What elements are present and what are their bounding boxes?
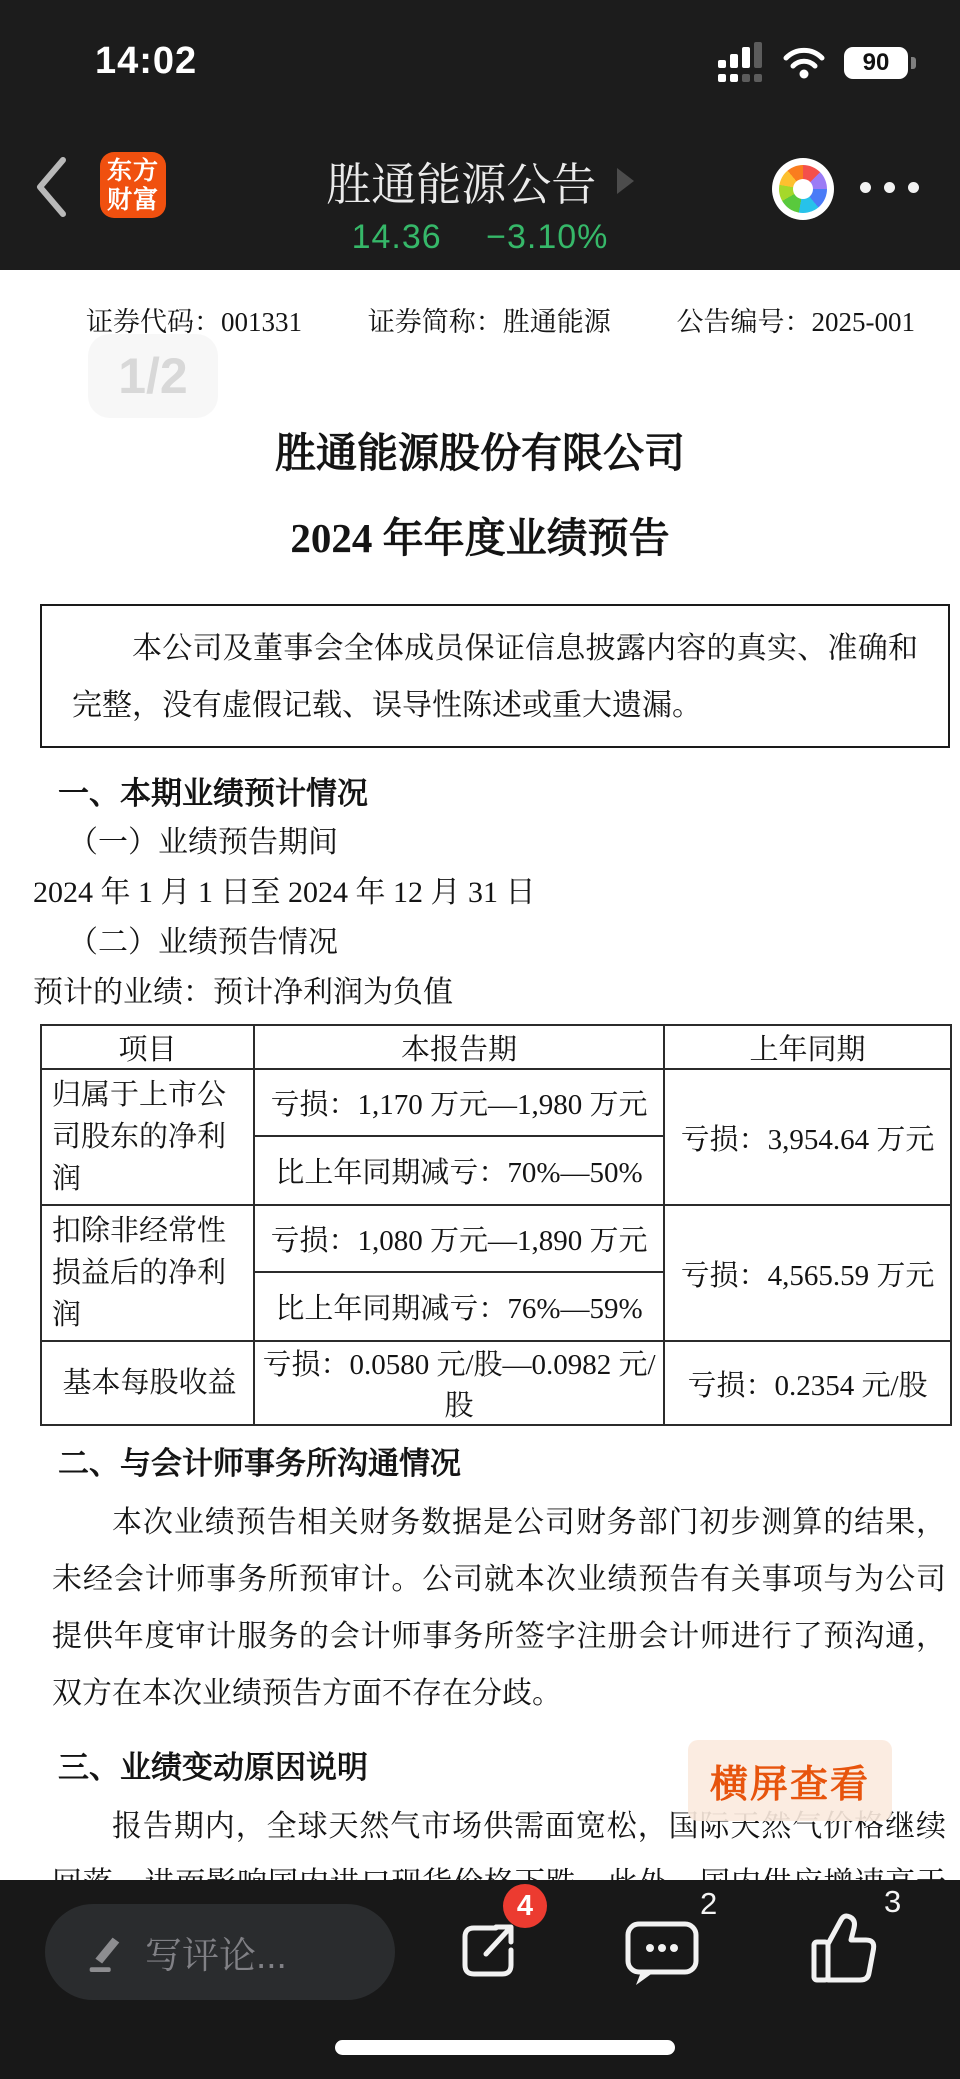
col-header-prior: 上年同期: [664, 1025, 951, 1069]
wifi-icon: [782, 46, 826, 80]
comment-count: 2: [700, 1886, 717, 1922]
announcement-document: 证券代码：001331 证券简称：胜通能源 公告编号：2025-001 1/2 …: [0, 270, 960, 1880]
section1-heading: 一、本期业绩预计情况: [58, 770, 960, 818]
row2-current-change: 比上年同期减亏：76%—59%: [254, 1272, 664, 1341]
row1-item: 归属于上市公司股东的净利润: [41, 1069, 254, 1205]
chevron-right-icon: [617, 168, 634, 194]
battery-level: 90: [863, 49, 890, 77]
more-button[interactable]: [860, 182, 919, 193]
photos-shortcut-button[interactable]: [772, 158, 834, 220]
section1-period: 2024 年 1 月 1 日至 2024 年 12 月 31 日: [33, 868, 960, 918]
col-header-current: 本报告期: [254, 1025, 664, 1069]
doc-title: 胜通能源股份有限公司: [0, 420, 960, 479]
screen: { "status_bar": { "time": "14:02", "batt…: [0, 0, 960, 2079]
share-badge: 4: [503, 1884, 547, 1928]
home-indicator: [335, 2040, 675, 2055]
row2-current-value: 亏损：1,080 万元—1,890 万元: [254, 1205, 664, 1272]
comment-button[interactable]: [623, 1918, 701, 1990]
battery-tip: [911, 57, 916, 69]
row1-prior: 亏损：3,954.64 万元: [664, 1069, 951, 1205]
row2-prior: 亏损：4,565.59 万元: [664, 1205, 951, 1341]
comment-input[interactable]: 写评论...: [45, 1904, 395, 2000]
stock-quote: 14.36 −3.10%: [0, 218, 960, 257]
section1-item2: （二）业绩预告情况: [68, 918, 960, 968]
row3-current-value: 亏损：0.0580 元/股—0.0982 元/股: [254, 1341, 664, 1425]
top-bar: 14:02 90: [0, 0, 960, 270]
table-header-row: 项目 本报告期 上年同期: [41, 1025, 951, 1069]
table-row: 归属于上市公司股东的净利润 亏损：1,170 万元—1,980 万元 亏损：3,…: [41, 1069, 951, 1136]
row3-prior: 亏损：0.2354 元/股: [664, 1341, 951, 1425]
disclaimer-box: 本公司及董事会全体成员保证信息披露内容的真实、准确和完整，没有虚假记载、误导性陈…: [40, 604, 950, 748]
battery-indicator: 90: [844, 47, 908, 79]
performance-table: 项目 本报告期 上年同期 归属于上市公司股东的净利润 亏损：1,170 万元—1…: [40, 1024, 952, 1426]
table-row: 扣除非经常性损益后的净利润 亏损：1,080 万元—1,890 万元 亏损：4,…: [41, 1205, 951, 1272]
color-shutter-icon: [779, 165, 827, 213]
stock-code-label: 证券代码：001331: [86, 300, 302, 336]
page-title: 胜通能源公告: [326, 148, 596, 213]
doc-header-line: 证券代码：001331 证券简称：胜通能源 公告编号：2025-001: [0, 270, 960, 336]
like-button[interactable]: [806, 1910, 880, 1986]
row1-current-value: 亏损：1,170 万元—1,980 万元: [254, 1069, 664, 1136]
comment-placeholder: 写评论...: [145, 1925, 287, 1979]
table-row: 基本每股收益 亏损：0.0580 元/股—0.0982 元/股 亏损：0.235…: [41, 1341, 951, 1425]
more-icon: [860, 182, 871, 193]
section2-heading: 二、与会计师事务所沟通情况: [58, 1440, 960, 1488]
pencil-icon: [83, 1931, 125, 1973]
col-header-item: 项目: [41, 1025, 254, 1069]
doc-subtitle: 2024 年年度业绩预告: [0, 505, 960, 564]
cellular-signal-icon: [718, 42, 764, 84]
page-indicator: 1/2: [88, 334, 218, 418]
stock-name-label: 证券简称：胜通能源: [368, 300, 611, 336]
like-count: 3: [884, 1884, 901, 1920]
section1-item1: （一）业绩预告期间: [68, 818, 960, 868]
stock-change: −3.10%: [486, 218, 608, 256]
nav-bar: 东方 财富 胜通能源公告 14.36 −3.10%: [0, 110, 960, 270]
row1-current-change: 比上年同期减亏：70%—50%: [254, 1136, 664, 1205]
landscape-view-button[interactable]: 横屏查看: [688, 1740, 892, 1821]
announcement-no-label: 公告编号：2025-001: [677, 300, 916, 336]
time-label: 14:02: [95, 40, 197, 83]
section1-forecast: 预计的业绩：预计净利润为负值: [33, 968, 960, 1018]
row2-item: 扣除非经常性损益后的净利润: [41, 1205, 254, 1341]
bottom-toolbar: 写评论... 4 2 3: [0, 1880, 960, 2079]
section2-paragraph: 本次业绩预告相关财务数据是公司财务部门初步测算的结果，未经会计师事务所预审计。公…: [52, 1494, 946, 1722]
status-bar: 14:02 90: [0, 0, 960, 100]
row3-item: 基本每股收益: [41, 1341, 254, 1425]
stock-price: 14.36: [352, 218, 442, 256]
